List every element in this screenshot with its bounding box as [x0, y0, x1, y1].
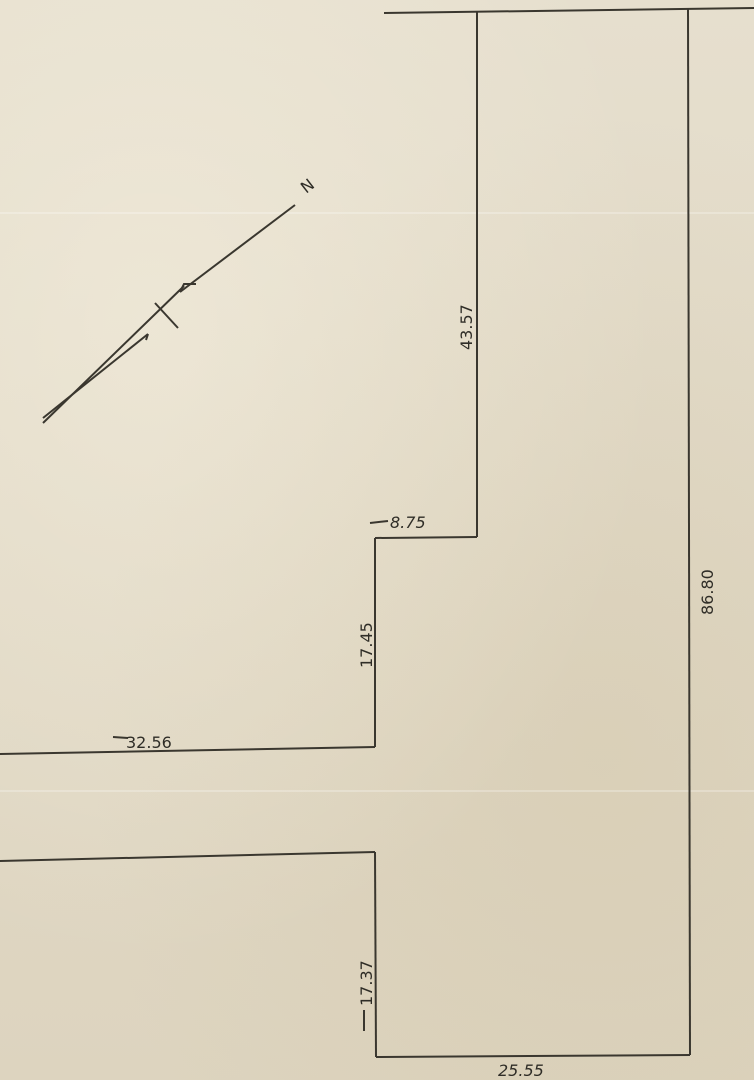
survey-plat-sheet: N 43.57 8.75 17.45	[0, 0, 754, 1080]
north-label: N	[297, 175, 318, 197]
dimension-lower-vertical: 17.37	[357, 960, 376, 1006]
dimension-step-offset: 8.75	[390, 513, 426, 532]
plat-drawing: N 43.57 8.75 17.45	[0, 0, 754, 1080]
dimension-middle-vertical: 17.45	[357, 622, 376, 668]
dimension-bottom-side: 25.55	[498, 1061, 544, 1080]
dimension-top-segment: 43.57	[457, 304, 476, 350]
dimension-left-upper-horizontal: 32.56	[126, 733, 172, 752]
lot-boundary	[0, 8, 754, 1057]
north-arrow-icon: N	[43, 175, 318, 423]
dimension-right-side: 86.80	[698, 569, 717, 615]
